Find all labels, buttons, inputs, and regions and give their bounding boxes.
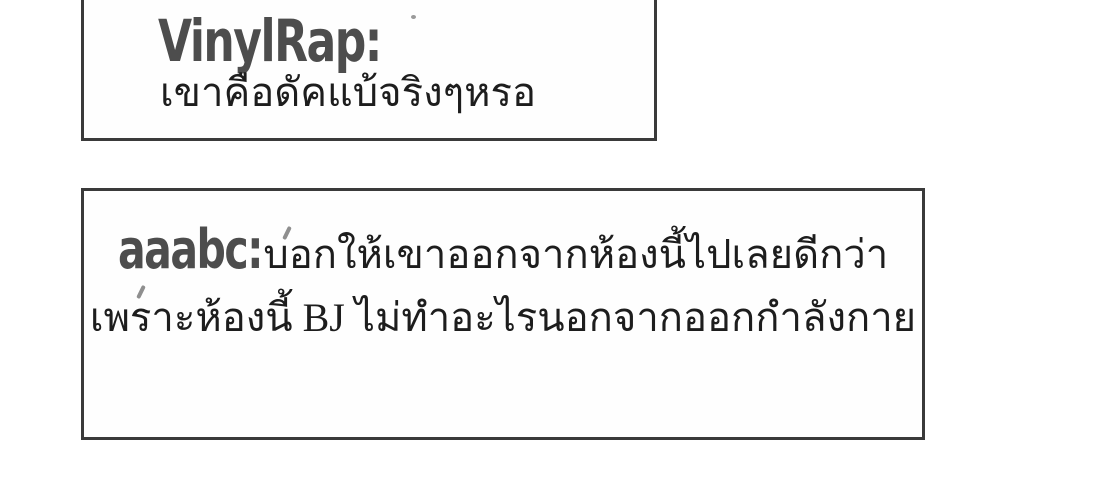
chat-message-box-1: VinylRap: เขาคือดัคแบ้จริงๆหรอ	[81, 0, 657, 141]
comic-panel: { "panel": { "background_color": "#fffff…	[0, 0, 1100, 490]
message-text-aaabc-line2: เพราะห้องนี้ BJ ไม่ทำอะไรนอกจากออกกำลังก…	[84, 286, 922, 350]
message-content: aaabc:บอกให้เขาออกจากห้องนี้ไปเลยดีกว่า …	[84, 219, 922, 350]
message-text-aaabc-line1: บอกให้เขาออกจากห้องนี้ไปเลยดีกว่า	[263, 232, 888, 277]
chat-message-box-2: aaabc:บอกให้เขาออกจากห้องนี้ไปเลยดีกว่า …	[81, 188, 925, 440]
ink-speck-dot	[411, 15, 416, 19]
username-vinylrap: VinylRap:	[158, 12, 381, 70]
username-aaabc: aaabc:	[118, 219, 262, 281]
message-text-vinylrap: เขาคือดัคแบ้จริงๆหรอ	[160, 71, 536, 115]
panel-background: VinylRap: เขาคือดัคแบ้จริงๆหรอ aaabc:บอก…	[0, 0, 1100, 490]
message-line-1: aaabc:บอกให้เขาออกจากห้องนี้ไปเลยดีกว่า	[84, 219, 922, 286]
username-line: VinylRap:	[158, 12, 451, 71]
